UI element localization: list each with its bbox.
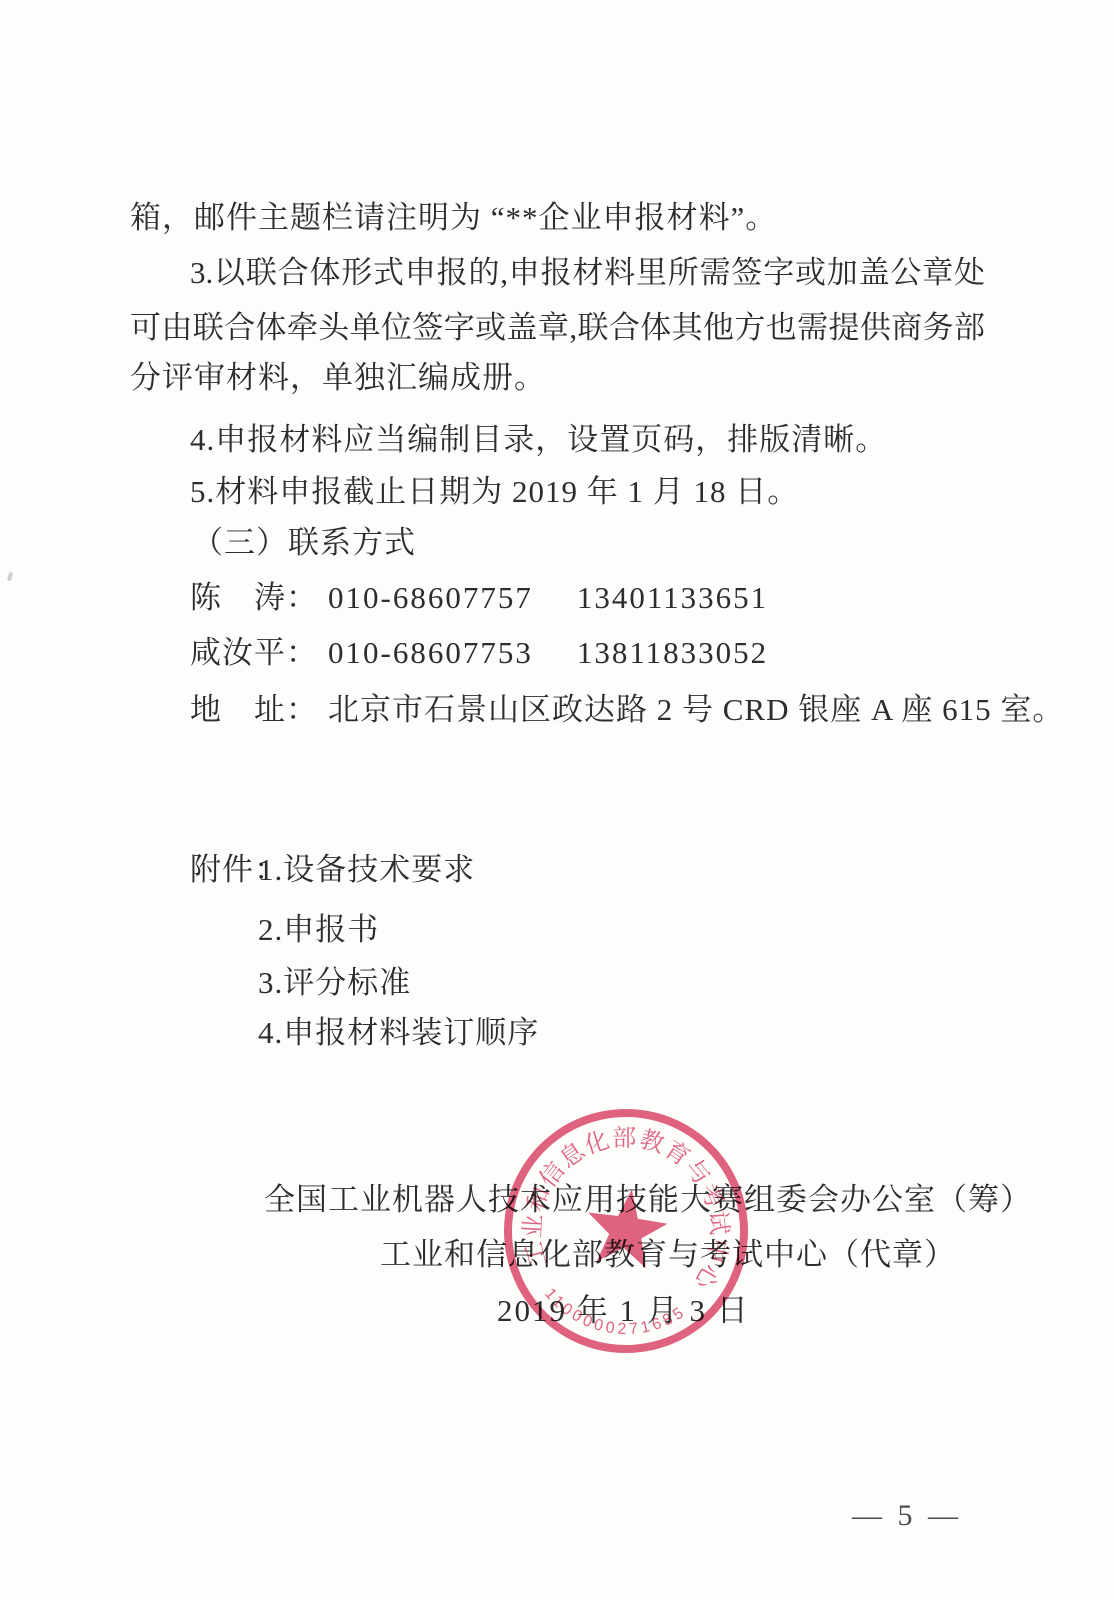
body-line-4: 分评审材料，单独汇编成册。 — [130, 358, 546, 398]
official-seal: 工业和信息化部教育与考试中心 1100000271685 — [457, 1062, 796, 1401]
star-icon — [582, 1184, 672, 1270]
contact-name: 咸汝平： — [190, 635, 318, 670]
body-line-2: 3.以联合体形式申报的,申报材料里所需签字或加盖公章处 — [190, 253, 985, 293]
contact-mobile: 13811833052 — [577, 635, 768, 670]
section-heading-contact: （三）联系方式 — [192, 523, 416, 563]
contact-row: 咸汝平：010-6860775313811833052 — [190, 633, 768, 673]
attachment-item: 1.设备技术要求 — [258, 850, 475, 890]
contact-mobile: 13401133651 — [577, 580, 768, 615]
address-label: 地 址： — [190, 692, 318, 727]
address-row: 地 址：北京市石景山区政达路 2 号 CRD 银座 A 座 615 室。 — [190, 690, 1064, 730]
page-number: — 5 — — [852, 1496, 962, 1536]
contact-row: 陈 涛：010-6860775713401133651 — [190, 578, 768, 618]
contact-phone: 010-68607753 — [328, 635, 533, 670]
contact-name: 陈 涛： — [190, 580, 318, 615]
body-line-6: 5.材料申报截止日期为 2019 年 1 月 18 日。 — [190, 472, 799, 512]
attachment-item: 2.申报书 — [258, 910, 379, 950]
attachment-item: 3.评分标准 — [258, 963, 411, 1003]
body-line-1: 箱，邮件主题栏请注明为 “**企业申报材料”。 — [130, 198, 777, 238]
document-page: 箱，邮件主题栏请注明为 “**企业申报材料”。 3.以联合体形式申报的,申报材料… — [0, 0, 1114, 1600]
address-value: 北京市石景山区政达路 2 号 CRD 银座 A 座 615 室。 — [328, 692, 1064, 727]
scan-speck — [7, 572, 13, 582]
body-line-5: 4.申报材料应当编制目录，设置页码，排版清晰。 — [190, 420, 887, 460]
attachment-item: 4.申报材料装订顺序 — [258, 1013, 539, 1053]
contact-phone: 010-68607757 — [328, 580, 533, 615]
body-line-3: 可由联合体牵头单位签字或盖章,联合体其他方也需提供商务部 — [130, 308, 985, 348]
